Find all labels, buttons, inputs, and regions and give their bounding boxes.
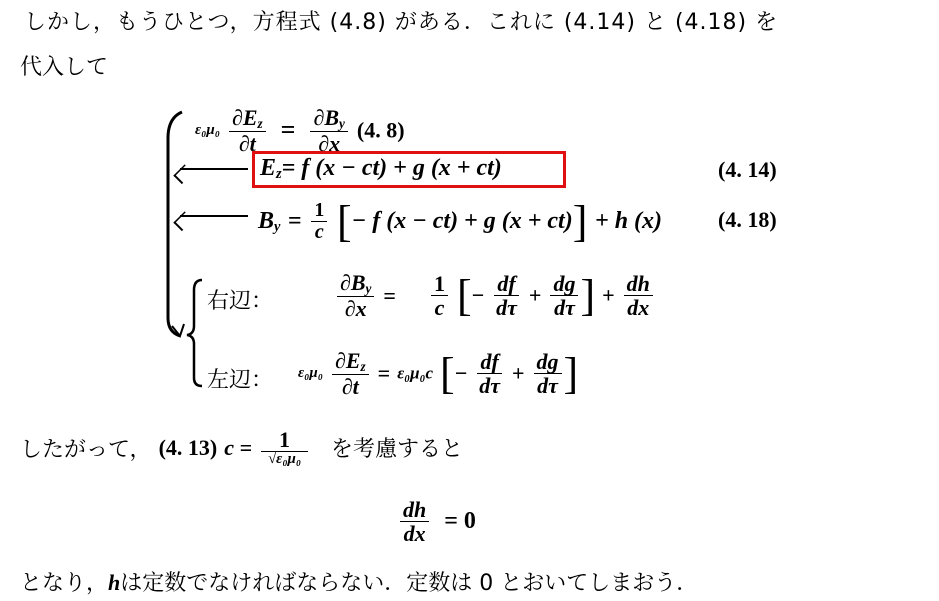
dEz-dt-fraction: ∂Ez ∂t (229, 106, 266, 155)
left-arrow-icon (180, 168, 248, 170)
equation-4-18: By = 1c [− f (x − ct) + g (x + ct)] + h … (258, 196, 662, 247)
equation-label-4-8: (4. 8) (357, 117, 405, 142)
equation-label-4-18: (4. 18) (718, 207, 777, 233)
eps-mu-prefix: ε₀μ₀ (195, 122, 220, 138)
paragraph-2: したがって， (4. 13) c = 1√ε₀μ₀ を考慮すると (20, 428, 463, 468)
equation-label-4-14: (4. 14) (718, 157, 777, 183)
left-side-label: 左辺： (207, 363, 273, 394)
paragraph-line-1: しかし，もうひとつ，方程式 (4.8) がある．これに (4.14) と (4.… (24, 5, 778, 36)
equation-4-14: Ez= f (x − ct) + g (x + ct) (260, 153, 502, 183)
right-side-label: 右辺： (207, 284, 273, 315)
left-side-equation: ε₀μ₀ ∂Ez∂t = ε₀μ₀c [− dfdτ + dgdτ] (298, 348, 578, 399)
left-arrow-icon (180, 215, 248, 217)
dBy-dx-fraction: ∂By ∂x (310, 106, 347, 155)
paragraph-line-2: 代入して (20, 50, 108, 81)
equation-4-8: ε₀μ₀ ∂Ez ∂t = ∂By ∂x (4. 8) (195, 106, 405, 155)
brace-icon (184, 278, 208, 388)
right-side-equation: ∂By∂x = 1c [− dfdτ + dgdτ] + dhdx (335, 270, 655, 321)
paragraph-3: となり，hは定数でなければならない．定数は 0 とおいてしまおう． (20, 566, 698, 597)
result-equation: dhdx = 0 (398, 498, 476, 545)
